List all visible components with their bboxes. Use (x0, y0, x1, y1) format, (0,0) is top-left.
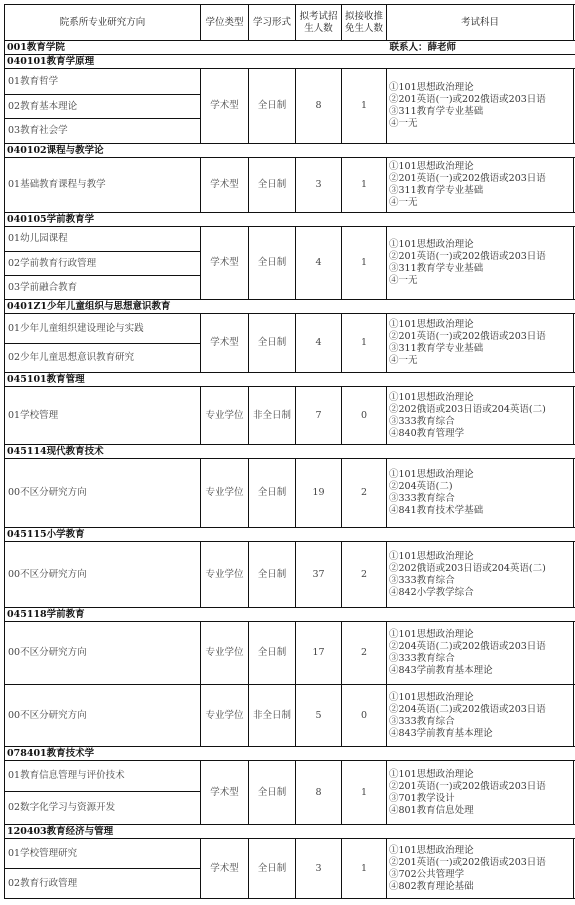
major-row: 040101教育学原理 (5, 55, 575, 69)
exam-subject-item: ③702公共管理学 (389, 869, 573, 881)
major-row: 0401Z1少年儿童组织与思想意识教育 (5, 300, 575, 314)
department-contact: 联系人：薛老师 (387, 41, 575, 55)
major-row: 120403教育经济与管理 (5, 825, 575, 839)
header-quota: 拟考试招生人数 (296, 5, 342, 41)
exempt-quota: 0 (342, 685, 387, 747)
research-direction: 00不区分研究方向 (5, 622, 201, 685)
major-row: 045114现代教育技术 (5, 445, 575, 459)
major-name: 045101教育管理 (5, 373, 575, 387)
exam-subject-item: ②204英语(二)或202俄语或203日语 (389, 704, 573, 716)
exam-subject-item: ④843学前教育基本理论 (389, 728, 573, 740)
exempt-quota: 1 (342, 314, 387, 373)
exempt-quota: 2 (342, 459, 387, 528)
exam-subject-item: ①101思想政治理论 (389, 392, 573, 404)
exam-subject-item: ③333教育综合 (389, 653, 573, 665)
research-direction: 01学校管理 (5, 387, 201, 445)
exam-subjects: ①101思想政治理论②201英语(一)或202俄语或203日语③701教学设计④… (387, 761, 574, 825)
research-direction: 01教育哲学 (5, 69, 201, 95)
major-name: 040105学前教育学 (5, 213, 575, 227)
exam-quota: 3 (296, 158, 342, 213)
header-direction: 院系所专业研究方向 (5, 5, 201, 41)
degree-type: 学术型 (201, 761, 249, 825)
degree-type: 学术型 (201, 69, 249, 144)
study-mode: 全日制 (249, 227, 296, 300)
department-name: 001教育学院 (5, 41, 387, 55)
table-row: 01教育哲学学术型全日制81①101思想政治理论②201英语(一)或202俄语或… (5, 69, 575, 95)
exam-subject-item: ③333教育综合 (389, 416, 573, 428)
degree-type: 学术型 (201, 158, 249, 213)
exam-subject-item: ②201英语(一)或202俄语或203日语 (389, 781, 573, 793)
header-exempt: 拟接收推免生人数 (342, 5, 387, 41)
degree-type: 专业学位 (201, 542, 249, 608)
exam-subject-item: ①101思想政治理论 (389, 82, 573, 94)
major-row: 078401教育技术学 (5, 747, 575, 761)
research-direction: 02教育基本理论 (5, 95, 201, 119)
exempt-quota: 1 (342, 761, 387, 825)
degree-type: 专业学位 (201, 622, 249, 685)
degree-type: 专业学位 (201, 459, 249, 528)
study-mode: 全日制 (249, 158, 296, 213)
header-subjects: 考试科目 (387, 5, 574, 41)
exempt-quota: 1 (342, 839, 387, 899)
exam-subject-item: ③701教学设计 (389, 793, 573, 805)
table-row: 01学校管理研究学术型全日制31①101思想政治理论②201英语(一)或202俄… (5, 839, 575, 869)
exam-subjects: ①101思想政治理论②202俄语或203日语或204英语(二)③333教育综合④… (387, 542, 574, 608)
exam-subject-item: ①101思想政治理论 (389, 469, 573, 481)
degree-type: 专业学位 (201, 387, 249, 445)
table-row: 00不区分研究方向专业学位非全日制50①101思想政治理论②204英语(二)或2… (5, 685, 575, 747)
table-row: 01学校管理专业学位非全日制70①101思想政治理论②202俄语或203日语或2… (5, 387, 575, 445)
major-row: 040105学前教育学 (5, 213, 575, 227)
degree-type: 学术型 (201, 227, 249, 300)
exam-subject-item: ②202俄语或203日语或204英语(二) (389, 404, 573, 416)
study-mode: 全日制 (249, 69, 296, 144)
exam-subject-item: ②201英语(一)或202俄语或203日语 (389, 857, 573, 869)
table-row: 01基础教育课程与教学学术型全日制31①101思想政治理论②201英语(一)或2… (5, 158, 575, 213)
exam-quota: 37 (296, 542, 342, 608)
exam-subject-item: ④840教育管理学 (389, 428, 573, 440)
exam-subjects: ①101思想政治理论②201英语(一)或202俄语或203日语③311教育学专业… (387, 69, 574, 144)
table-row: 00不区分研究方向专业学位全日制172①101思想政治理论②204英语(二)或2… (5, 622, 575, 685)
exam-subject-item: ④一无 (389, 118, 573, 130)
exam-quota: 3 (296, 839, 342, 899)
exam-subject-item: ①101思想政治理论 (389, 692, 573, 704)
study-mode: 非全日制 (249, 685, 296, 747)
exempt-quota: 1 (342, 158, 387, 213)
degree-type: 专业学位 (201, 685, 249, 747)
research-direction: 03教育社会学 (5, 119, 201, 144)
research-direction: 03学前融合教育 (5, 276, 201, 300)
research-direction: 00不区分研究方向 (5, 542, 201, 608)
major-name: 045114现代教育技术 (5, 445, 575, 459)
exam-subjects: ①101思想政治理论②201英语(一)或202俄语或203日语③311教育学专业… (387, 158, 574, 213)
exam-subject-item: ①101思想政治理论 (389, 161, 573, 173)
table-row: 00不区分研究方向专业学位全日制372①101思想政治理论②202俄语或203日… (5, 542, 575, 608)
exam-subjects: ①101思想政治理论②201英语(一)或202俄语或203日语③311教育学专业… (387, 227, 574, 300)
exam-subject-item: ①101思想政治理论 (389, 769, 573, 781)
research-direction: 01学校管理研究 (5, 839, 201, 869)
exam-quota: 8 (296, 761, 342, 825)
exam-subjects: ①101思想政治理论②201英语(一)或202俄语或203日语③311教育学专业… (387, 314, 574, 373)
table-row: 01教育信息管理与评价技术学术型全日制81①101思想政治理论②201英语(一)… (5, 761, 575, 792)
research-direction: 02学前教育行政管理 (5, 252, 201, 276)
exam-subject-item: ③311教育学专业基础 (389, 343, 573, 355)
research-direction: 00不区分研究方向 (5, 459, 201, 528)
study-mode: 全日制 (249, 459, 296, 528)
exam-subjects: ①101思想政治理论②204英语(二)③333教育综合④841教育技术学基础 (387, 459, 574, 528)
exam-subject-item: ④一无 (389, 197, 573, 209)
exempt-quota: 2 (342, 622, 387, 685)
major-row: 045118学前教育 (5, 608, 575, 622)
research-direction: 02数字化学习与资源开发 (5, 792, 201, 825)
table-row: 01幼儿园课程学术型全日制41①101思想政治理论②201英语(一)或202俄语… (5, 227, 575, 252)
major-name: 040101教育学原理 (5, 55, 575, 69)
exam-subject-item: ④843学前教育基本理论 (389, 665, 573, 677)
research-direction: 02少年儿童思想意识教育研究 (5, 344, 201, 373)
major-row: 040102课程与教学论 (5, 144, 575, 158)
exam-quota: 5 (296, 685, 342, 747)
major-name: 045115小学教育 (5, 528, 575, 542)
study-mode: 全日制 (249, 314, 296, 373)
exam-subject-item: ①101思想政治理论 (389, 319, 573, 331)
department-row: 001教育学院 联系人：薛老师 (5, 41, 575, 55)
study-mode: 全日制 (249, 542, 296, 608)
study-mode: 全日制 (249, 761, 296, 825)
major-name: 0401Z1少年儿童组织与思想意识教育 (5, 300, 575, 314)
exam-subject-item: ②201英语(一)或202俄语或203日语 (389, 94, 573, 106)
major-name: 040102课程与教学论 (5, 144, 575, 158)
study-mode: 全日制 (249, 839, 296, 899)
exempt-quota: 1 (342, 227, 387, 300)
exam-subject-item: ①101思想政治理论 (389, 629, 573, 641)
exam-subject-item: ③333教育综合 (389, 716, 573, 728)
major-name: 045118学前教育 (5, 608, 575, 622)
admissions-table: 院系所专业研究方向 学位类型 学习形式 拟考试招生人数 拟接收推免生人数 考试科… (4, 4, 575, 899)
exam-subject-item: ②202俄语或203日语或204英语(二) (389, 563, 573, 575)
study-mode: 非全日制 (249, 387, 296, 445)
study-mode: 全日制 (249, 622, 296, 685)
table-row: 00不区分研究方向专业学位全日制192①101思想政治理论②204英语(二)③3… (5, 459, 575, 528)
research-direction: 01幼儿园课程 (5, 227, 201, 252)
exam-subject-item: ②201英语(一)或202俄语或203日语 (389, 173, 573, 185)
exam-subject-item: ④842小学教学综合 (389, 587, 573, 599)
exam-subject-item: ③333教育综合 (389, 493, 573, 505)
table-header-row: 院系所专业研究方向 学位类型 学习形式 拟考试招生人数 拟接收推免生人数 考试科… (5, 5, 575, 41)
major-name: 078401教育技术学 (5, 747, 575, 761)
major-row: 045101教育管理 (5, 373, 575, 387)
exam-subject-item: ④一无 (389, 355, 573, 367)
exam-subject-item: ④一无 (389, 275, 573, 287)
degree-type: 学术型 (201, 839, 249, 899)
table-row: 01少年儿童组织建设理论与实践学术型全日制41①101思想政治理论②201英语(… (5, 314, 575, 344)
exam-subject-item: ②204英语(二) (389, 481, 573, 493)
exam-quota: 4 (296, 227, 342, 300)
exam-subject-item: ①101思想政治理论 (389, 239, 573, 251)
exam-subject-item: ②201英语(一)或202俄语或203日语 (389, 251, 573, 263)
header-mode: 学习形式 (249, 5, 296, 41)
exam-quota: 7 (296, 387, 342, 445)
exam-quota: 8 (296, 69, 342, 144)
header-degree: 学位类型 (201, 5, 249, 41)
exam-subject-item: ②204英语(二)或202俄语或203日语 (389, 641, 573, 653)
exam-subjects: ①101思想政治理论②201英语(一)或202俄语或203日语③702公共管理学… (387, 839, 574, 899)
major-row: 045115小学教育 (5, 528, 575, 542)
exempt-quota: 1 (342, 69, 387, 144)
exam-subject-item: ③311教育学专业基础 (389, 106, 573, 118)
exam-subject-item: ③333教育综合 (389, 575, 573, 587)
research-direction: 00不区分研究方向 (5, 685, 201, 747)
research-direction: 02教育行政管理 (5, 869, 201, 899)
exam-subject-item: ④801教育信息处理 (389, 805, 573, 817)
exam-subject-item: ③311教育学专业基础 (389, 263, 573, 275)
exempt-quota: 2 (342, 542, 387, 608)
research-direction: 01少年儿童组织建设理论与实践 (5, 314, 201, 344)
exam-subject-item: ①101思想政治理论 (389, 551, 573, 563)
research-direction: 01教育信息管理与评价技术 (5, 761, 201, 792)
exam-quota: 17 (296, 622, 342, 685)
exam-subject-item: ②201英语(一)或202俄语或203日语 (389, 331, 573, 343)
exam-subject-item: ③311教育学专业基础 (389, 185, 573, 197)
exam-subjects: ①101思想政治理论②202俄语或203日语或204英语(二)③333教育综合④… (387, 387, 574, 445)
exam-quota: 4 (296, 314, 342, 373)
exam-quota: 19 (296, 459, 342, 528)
exam-subject-item: ④802教育理论基础 (389, 881, 573, 893)
exam-subject-item: ④841教育技术学基础 (389, 505, 573, 517)
exempt-quota: 0 (342, 387, 387, 445)
exam-subject-item: ①101思想政治理论 (389, 845, 573, 857)
major-name: 120403教育经济与管理 (5, 825, 575, 839)
research-direction: 01基础教育课程与教学 (5, 158, 201, 213)
degree-type: 学术型 (201, 314, 249, 373)
exam-subjects: ①101思想政治理论②204英语(二)或202俄语或203日语③333教育综合④… (387, 685, 574, 747)
exam-subjects: ①101思想政治理论②204英语(二)或202俄语或203日语③333教育综合④… (387, 622, 574, 685)
